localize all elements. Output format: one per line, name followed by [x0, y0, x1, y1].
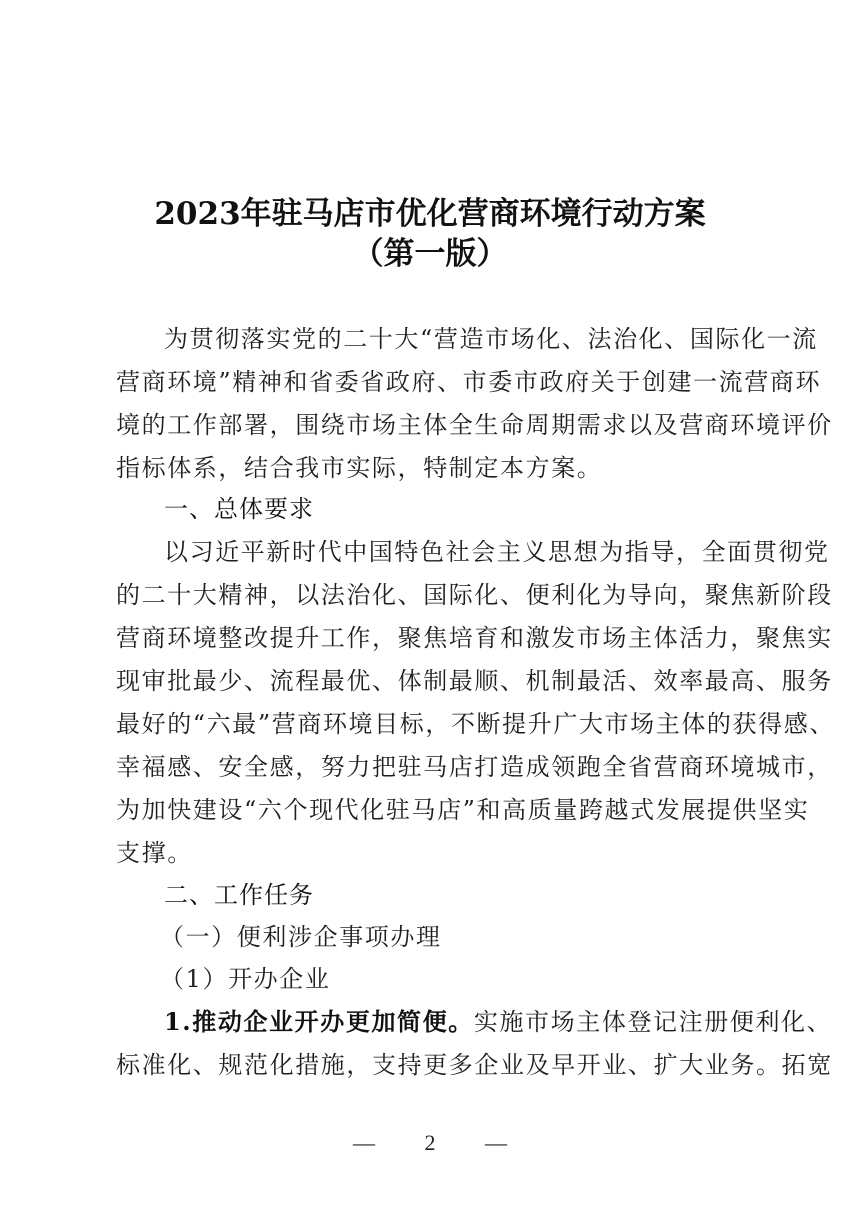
intro-paragraph-line: 为贯彻落实党的二十大“营造市场化、法治化、国际化一流	[164, 324, 804, 354]
item-paragraph-line: 1.推动企业开办更加简便。实施市场主体登记注册便利化、	[164, 1007, 804, 1037]
intro-paragraph-line: 指标体系，结合我市实际，特制定本方案。	[116, 453, 756, 483]
section1-paragraph-line: 幸福感、安全感，努力把驻马店打造成领跑全省营商环境城市，	[116, 752, 756, 782]
subsection-heading: （一）便利涉企事项办理	[160, 922, 800, 952]
footer-dash-left: —	[353, 1130, 375, 1156]
section-heading-general-requirements: 一、总体要求	[164, 494, 804, 524]
section1-paragraph-line: 的二十大精神，以法治化、国际化、便利化为导向，聚焦新阶段	[116, 580, 756, 610]
section1-paragraph-line: 营商环境整改提升工作，聚焦培育和激发市场主体活力，聚焦实	[116, 623, 756, 653]
intro-paragraph-line: 营商环境”精神和省委省政府、市委市政府关于创建一流营商环	[116, 367, 756, 397]
footer-dash-right: —	[485, 1130, 507, 1156]
page-footer: — 2 —	[0, 1130, 860, 1156]
section1-paragraph-line: 最好的“六最”营商环境目标，不断提升广大市场主体的获得感、	[116, 709, 756, 739]
section-heading-work-tasks: 二、工作任务	[164, 880, 804, 910]
section1-paragraph-line: 现审批最少、流程最优、体制最顺、机制最活、效率最高、服务	[116, 666, 756, 696]
page-number: 2	[425, 1130, 436, 1156]
intro-paragraph-line: 境的工作部署，围绕市场主体全生命周期需求以及营商环境评价	[116, 410, 756, 440]
document-title: 2023年驻马店市优化营商环境行动方案	[0, 188, 860, 233]
document-page: 2023年驻马店市优化营商环境行动方案 （第一版） 为贯彻落实党的二十大“营造市…	[0, 0, 860, 1216]
section1-paragraph-line: 以习近平新时代中国特色社会主义思想为指导，全面贯彻党	[164, 537, 804, 567]
item-lead-rest: 实施市场主体登记注册便利化、	[474, 1008, 832, 1036]
section1-paragraph-line: 为加快建设“六个现代化驻马店”和高质量跨越式发展提供坚实	[116, 795, 756, 825]
item-paragraph-line: 标准化、规范化措施，支持更多企业及早开业、扩大业务。拓宽	[116, 1050, 756, 1080]
subsubsection-heading: （1）开办企业	[160, 964, 800, 994]
section1-paragraph-line: 支撑。	[116, 838, 756, 868]
item-lead-bold: 1.推动企业开办更加简便。	[164, 1007, 474, 1036]
document-subtitle: （第一版）	[0, 228, 860, 273]
